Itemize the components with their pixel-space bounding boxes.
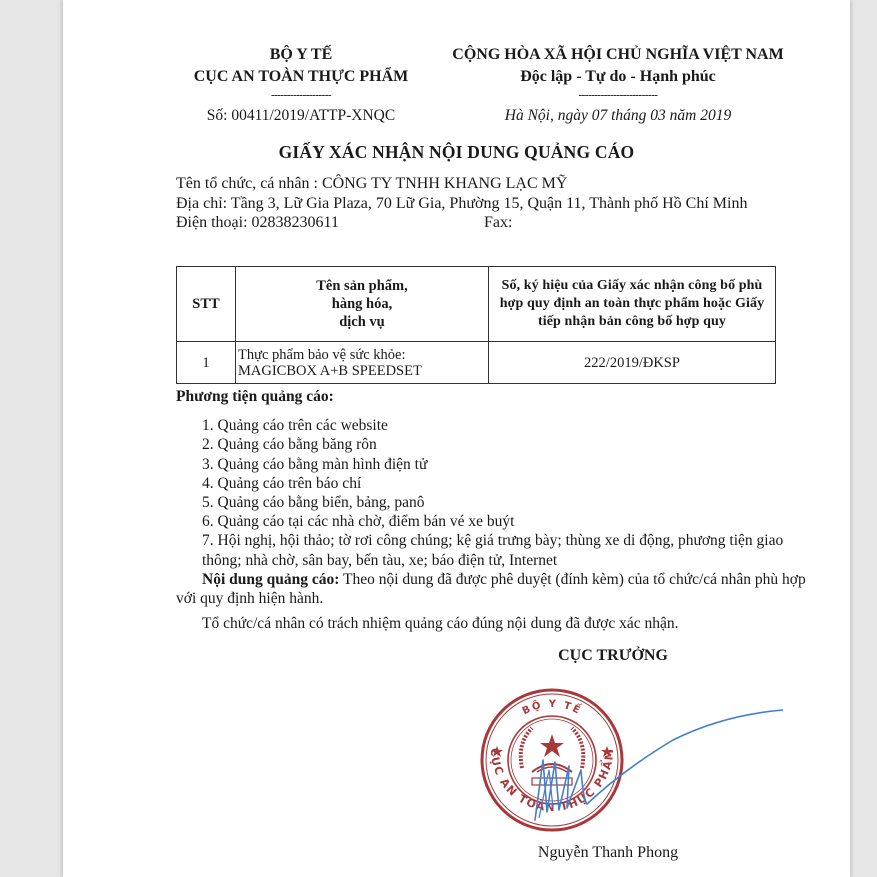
list-item: 3. Quảng cáo bằng màn hình điện tử	[202, 455, 816, 474]
product-table: STT Tên sản phẩm, hàng hóa, dịch vụ Số, …	[176, 266, 776, 384]
document-viewer: BỘ Y TẾ CỤC AN TOÀN THỰC PHẨM ----------…	[0, 0, 877, 877]
advertising-media-section: Phương tiện quảng cáo: 1. Quảng cáo trên…	[176, 387, 816, 633]
header-stt: STT	[177, 267, 236, 342]
place-date: Hà Nội, ngày 07 tháng 03 năm 2019	[423, 106, 813, 126]
issuer-header: BỘ Y TẾ CỤC AN TOÀN THỰC PHẨM ----------…	[170, 44, 432, 126]
signer-title: CỤC TRƯỞNG	[533, 647, 693, 665]
nation-name: CỘNG HÒA XÃ HỘI CHỦ NGHĨA VIỆT NAM	[423, 44, 813, 66]
header-divider: -------------------	[170, 88, 432, 102]
product-name: MAGICBOX A+B SPEEDSET	[238, 363, 486, 379]
cell-product: Thực phẩm bảo vệ sức khỏe: MAGICBOX A+B …	[236, 342, 489, 384]
list-item: 2. Quảng cáo bằng băng rôn	[202, 435, 816, 454]
contact-line: Điện thoại: 02838230611 Fax:	[176, 213, 796, 233]
motto-divider: -------------------------	[423, 88, 813, 102]
national-header: CỘNG HÒA XÃ HỘI CHỦ NGHĨA VIỆT NAM Độc l…	[423, 44, 813, 126]
list-item: 7. Hội nghị, hội thảo; tờ rơi công chúng…	[202, 531, 816, 569]
product-type: Thực phẩm bảo vệ sức khỏe:	[238, 347, 486, 363]
organization-address: Địa chỉ: Tầng 3, Lữ Gia Plaza, 70 Lữ Gia…	[176, 194, 796, 214]
ministry-name: BỘ Y TẾ	[170, 44, 432, 66]
organization-name: Tên tổ chức, cá nhân : CÔNG TY TNHH KHAN…	[176, 174, 796, 194]
organization-phone: Điện thoại: 02838230611	[176, 214, 339, 231]
department-name: CỤC AN TOÀN THỰC PHẨM	[170, 66, 432, 88]
document-page: BỘ Y TẾ CỤC AN TOÀN THỰC PHẨM ----------…	[63, 0, 850, 877]
header-product: Tên sản phẩm, hàng hóa, dịch vụ	[236, 267, 489, 342]
cell-stt: 1	[177, 342, 236, 384]
table-header-row: STT Tên sản phẩm, hàng hóa, dịch vụ Số, …	[177, 267, 776, 342]
list-item: 4. Quảng cáo trên báo chí	[202, 474, 816, 493]
organization-fax: Fax:	[484, 213, 512, 233]
national-motto: Độc lập - Tự do - Hạnh phúc	[423, 66, 813, 88]
table-row: 1 Thực phẩm bảo vệ sức khỏe: MAGICBOX A+…	[177, 342, 776, 384]
organization-info: Tên tổ chức, cá nhân : CÔNG TY TNHH KHAN…	[176, 174, 796, 233]
document-title: GIẤY XÁC NHẬN NỘI DUNG QUẢNG CÁO	[63, 142, 850, 163]
list-item: 5. Quảng cáo bằng biển, bảng, panô	[202, 493, 816, 512]
content-label: Nội dung quảng cáo:	[202, 571, 339, 588]
cell-certificate: 222/2019/ĐKSP	[489, 342, 776, 384]
media-title: Phương tiện quảng cáo:	[176, 387, 816, 406]
reference-number: Số: 00411/2019/ATTP-XNQC	[170, 106, 432, 126]
list-item: 1. Quảng cáo trên các website	[202, 416, 816, 435]
signature-icon	[483, 700, 783, 840]
responsibility-paragraph: Tổ chức/cá nhân có trách nhiệm quảng cáo…	[176, 614, 816, 633]
content-paragraph: Nội dung quảng cáo: Theo nội dung đã đượ…	[176, 570, 816, 608]
header-certificate: Số, ký hiệu của Giấy xác nhận công bố ph…	[489, 267, 776, 342]
signer-name: Nguyễn Thanh Phong	[503, 844, 713, 862]
list-item: 6. Quảng cáo tại các nhà chờ, điểm bán v…	[202, 512, 816, 531]
media-list: 1. Quảng cáo trên các website 2. Quảng c…	[176, 416, 816, 570]
